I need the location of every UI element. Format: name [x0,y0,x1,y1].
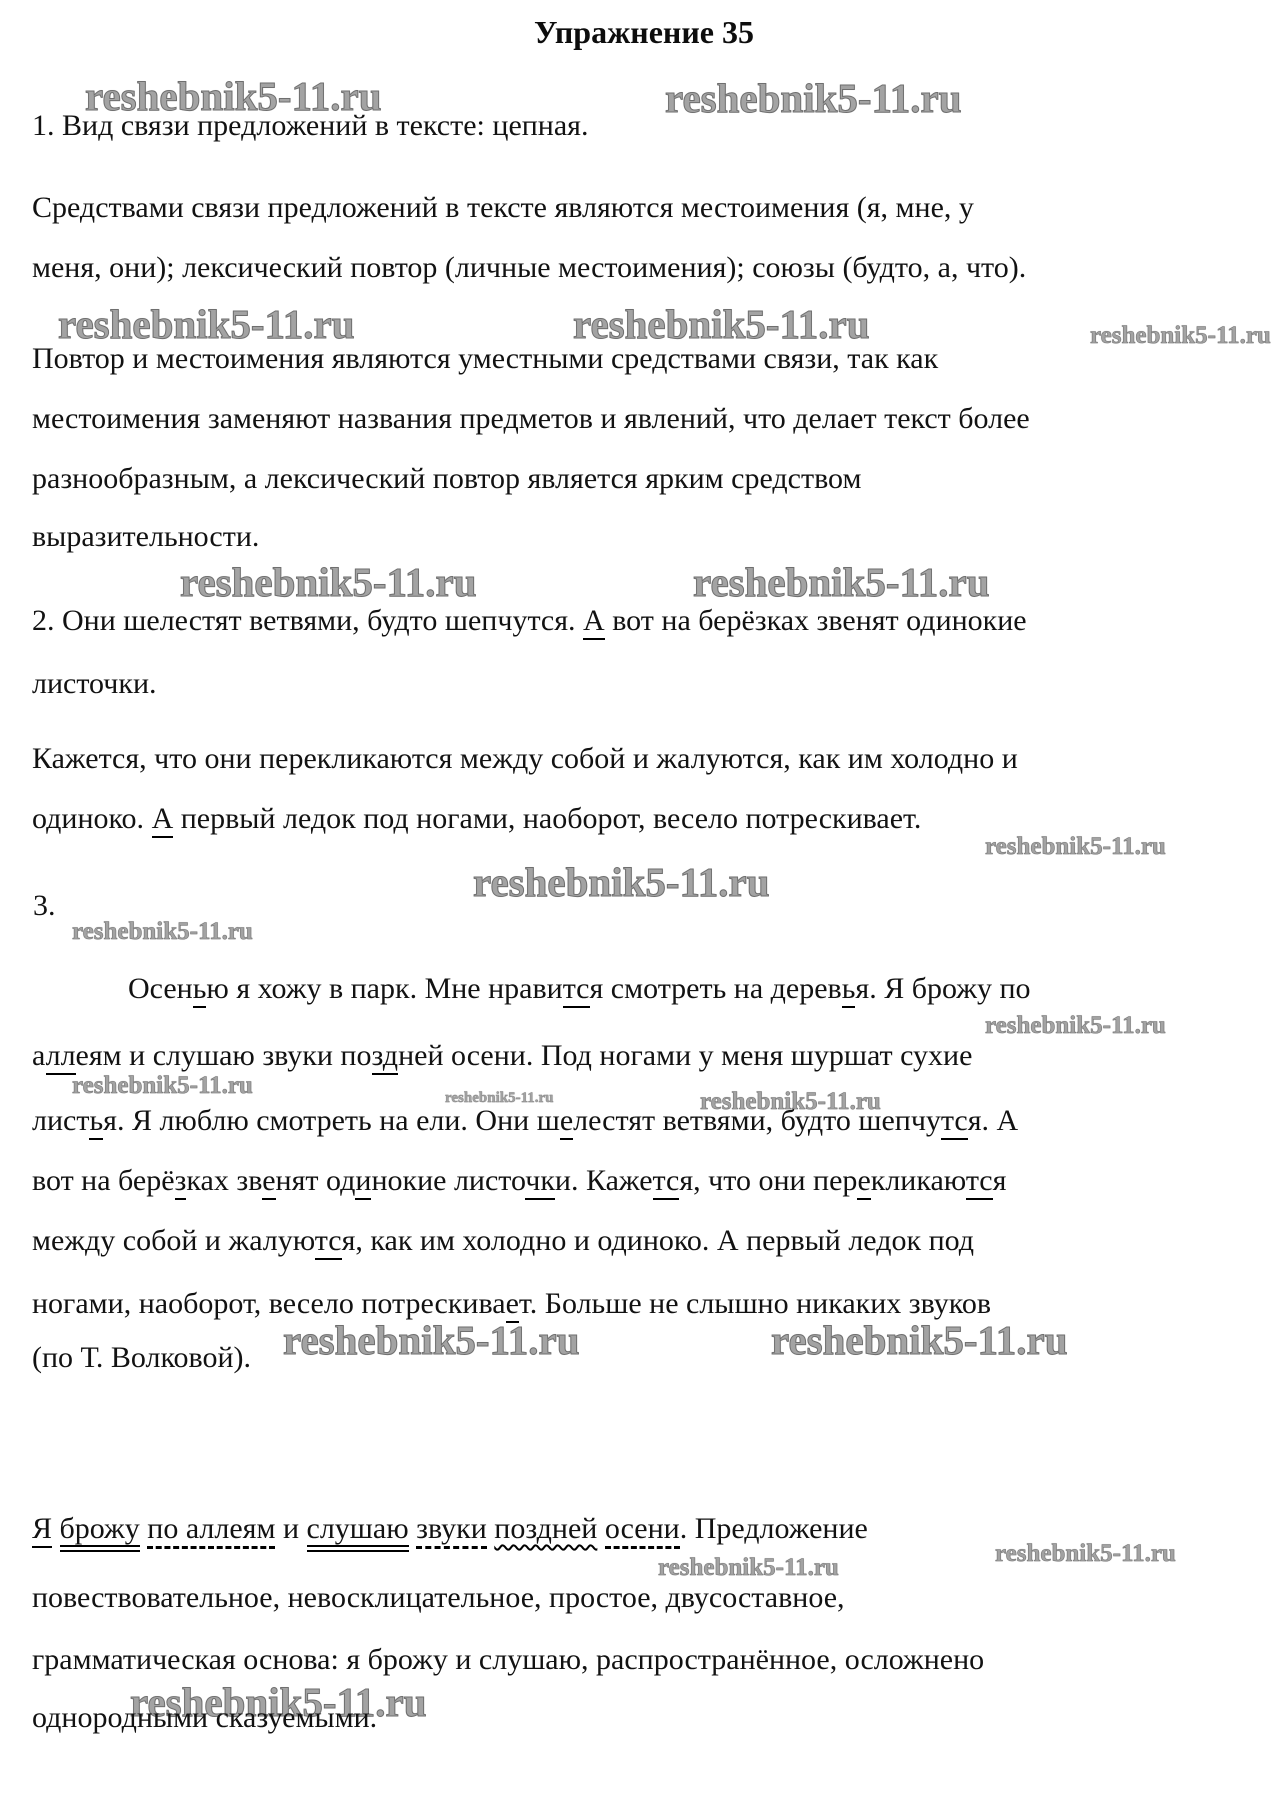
text-segment: тс [563,972,590,1008]
text-segment: Кажется, что они перекликаются между соб… [32,742,1018,775]
text-segment: брожу [60,1512,140,1552]
text-line-para3-1: Осенью я хожу в парк. Мне нравится смотр… [128,970,1031,1007]
text-line-item1: 1. Вид связи предложений в тексте: цепна… [32,107,588,144]
text-segment: меня, они); лексический повтор (личные м… [32,251,1026,284]
text-segment [597,1512,605,1545]
text-line-para3-4: вот на берёзках звенят одинокие листочки… [32,1162,1006,1199]
text-segment: 3. [33,889,56,922]
text-segment: местоимения заменяют названия предметов … [32,402,1030,435]
text-segment: е [506,1287,519,1323]
text-line-item2a-2: листочки. [32,665,157,702]
text-segment: Повтор и местоимения являются уместными … [32,342,938,375]
watermark: reshebnik5-11.ru [693,558,990,606]
text-segment: з [175,1164,187,1200]
text-segment: еям и слушаю звуки по [76,1039,372,1072]
text-segment: по аллеям [147,1512,275,1549]
watermark: reshebnik5-11.ru [1090,322,1271,350]
text-segment: я смотреть на дерев [590,972,842,1005]
text-segment: тс [941,1104,968,1140]
text-line-para3-5: между собой и жалуются, как им холодно и… [32,1222,974,1259]
text-segment: грамматическая основа: я брожу и слушаю,… [32,1643,984,1676]
text-segment: Осен [128,972,193,1005]
text-segment: повествовательное, невосклицательное, пр… [32,1581,845,1614]
text-segment: нят од [276,1164,356,1197]
watermark: reshebnik5-11.ru [985,833,1166,861]
text-line-item2b-2: одиноко. А первый ледок под ногами, наоб… [32,800,921,837]
text-segment: разнообразным, а лексический повтор явля… [32,462,861,495]
text-segment: А [152,802,174,838]
text-line-analysis-4: однородными сказуемыми. [32,1699,377,1736]
text-segment: ней осени. Под ногами у меня шуршат сухи… [398,1039,972,1072]
text-line-povtor-2: местоимения заменяют названия предметов … [32,400,1030,437]
text-segment: е [262,1164,275,1200]
text-segment: однородными сказуемыми. [32,1701,377,1734]
text-segment: лл [46,1039,76,1075]
text-segment: е [857,1164,870,1200]
document-page: Упражнение 35 reshebnik5-11.ru reshebnik… [0,0,1288,1808]
text-segment: а [32,1039,46,1072]
text-segment: ь [193,972,207,1008]
text-segment: я, что они пер [679,1164,857,1197]
text-segment: выразительности. [32,520,259,553]
text-line-item2b-1: Кажется, что они перекликаются между соб… [32,740,1018,777]
text-line-means-2: меня, они); лексический повтор (личные м… [32,249,1026,286]
text-segment: т. Больше не слышно никаких звуков [519,1287,991,1320]
text-segment: ь [842,972,856,1008]
text-line-povtor-3: разнообразным, а лексический повтор явля… [32,460,861,497]
watermark: reshebnik5-11.ru [283,1316,580,1364]
text-segment [52,1512,60,1545]
text-segment: вот на берёзках звенят одинокие [605,604,1027,637]
text-segment: (по Т. Волковой). [32,1341,251,1374]
watermark: reshebnik5-11.ru [72,1072,253,1100]
text-line-para3-6: ногами, наоборот, весело потрескивает. Б… [32,1285,991,1322]
text-segment: зд [372,1039,399,1075]
text-segment: звуки [416,1512,487,1549]
text-segment: и. Каже [555,1164,653,1197]
text-segment: е [560,1104,573,1140]
text-segment: Я [32,1512,52,1548]
text-segment: 1. Вид связи предложений в тексте: цепна… [32,109,588,142]
text-line-analysis-2: повествовательное, невосклицательное, пр… [32,1579,845,1616]
text-line-item3: 3. [33,887,56,924]
text-line-povtor-4: выразительности. [32,518,259,555]
text-segment: осени [605,1512,680,1549]
exercise-title: Упражнение 35 [0,14,1288,51]
watermark: reshebnik5-11.ru [771,1316,1068,1364]
text-segment: ногами, наоборот, весело потрескива [32,1287,506,1320]
text-segment: нокие листо [371,1164,525,1197]
text-segment: 2. Они шелестят ветвями, будто шепчутся. [32,604,583,637]
text-segment: я, как им холодно и одиноко. А первый ле… [342,1224,974,1257]
text-segment: тс [315,1224,342,1260]
text-line-means-1: Средствами связи предложений в тексте яв… [32,189,974,226]
text-segment: я [993,1164,1007,1197]
text-line-analysis-3: грамматическая основа: я брожу и слушаю,… [32,1641,984,1678]
text-segment: листочки. [32,667,157,700]
text-segment: я. Я брожу по [855,972,1030,1005]
text-segment: Средствами связи предложений в тексте яв… [32,191,974,224]
text-segment: и [355,1164,371,1200]
text-segment: и [275,1512,306,1545]
text-line-povtor-1: Повтор и местоимения являются уместными … [32,340,938,377]
text-segment: лестят ветвями, будто шепчу [573,1104,941,1137]
text-line-para3-source: (по Т. Волковой). [32,1339,251,1376]
watermark: reshebnik5-11.ru [180,558,477,606]
watermark: reshebnik5-11.ru [665,74,962,122]
text-segment: ю я хожу в парк. Мне нрави [206,972,562,1005]
text-segment: я. Я люблю смотреть на ели. Они ш [103,1104,560,1137]
text-segment: . Предложение [680,1512,868,1545]
text-segment: тс [653,1164,680,1200]
text-segment: чк [525,1164,555,1200]
text-segment: одиноко. [32,802,152,835]
text-segment: А [583,604,605,640]
watermark: reshebnik5-11.ru [985,1012,1166,1040]
text-segment: тс [966,1164,993,1200]
text-line-para3-3: листья. Я люблю смотреть на ели. Они шел… [32,1102,1018,1139]
text-segment: первый ледок под ногами, наоборот, весел… [173,802,921,835]
text-segment: я. А [968,1104,1018,1137]
text-line-analysis-1: Я брожу по аллеям и слушаю звуки поздней… [32,1510,868,1547]
text-segment: слушаю [307,1512,409,1552]
text-line-para3-2: аллеям и слушаю звуки поздней осени. Под… [32,1037,972,1074]
text-segment: ках зв [186,1164,262,1197]
text-segment: ь [89,1104,103,1140]
watermark: reshebnik5-11.ru [995,1540,1176,1568]
text-segment: вот на берё [32,1164,175,1197]
text-segment: кликаю [871,1164,966,1197]
text-segment: между собой и жалую [32,1224,315,1257]
watermark: reshebnik5-11.ru [72,918,253,946]
text-segment: лист [32,1104,89,1137]
text-line-item2a-1: 2. Они шелестят ветвями, будто шепчутся.… [32,602,1027,639]
watermark: reshebnik5-11.ru [473,858,770,906]
watermark: reshebnik5-11.ru [658,1554,839,1582]
text-segment: поздней [494,1512,597,1545]
